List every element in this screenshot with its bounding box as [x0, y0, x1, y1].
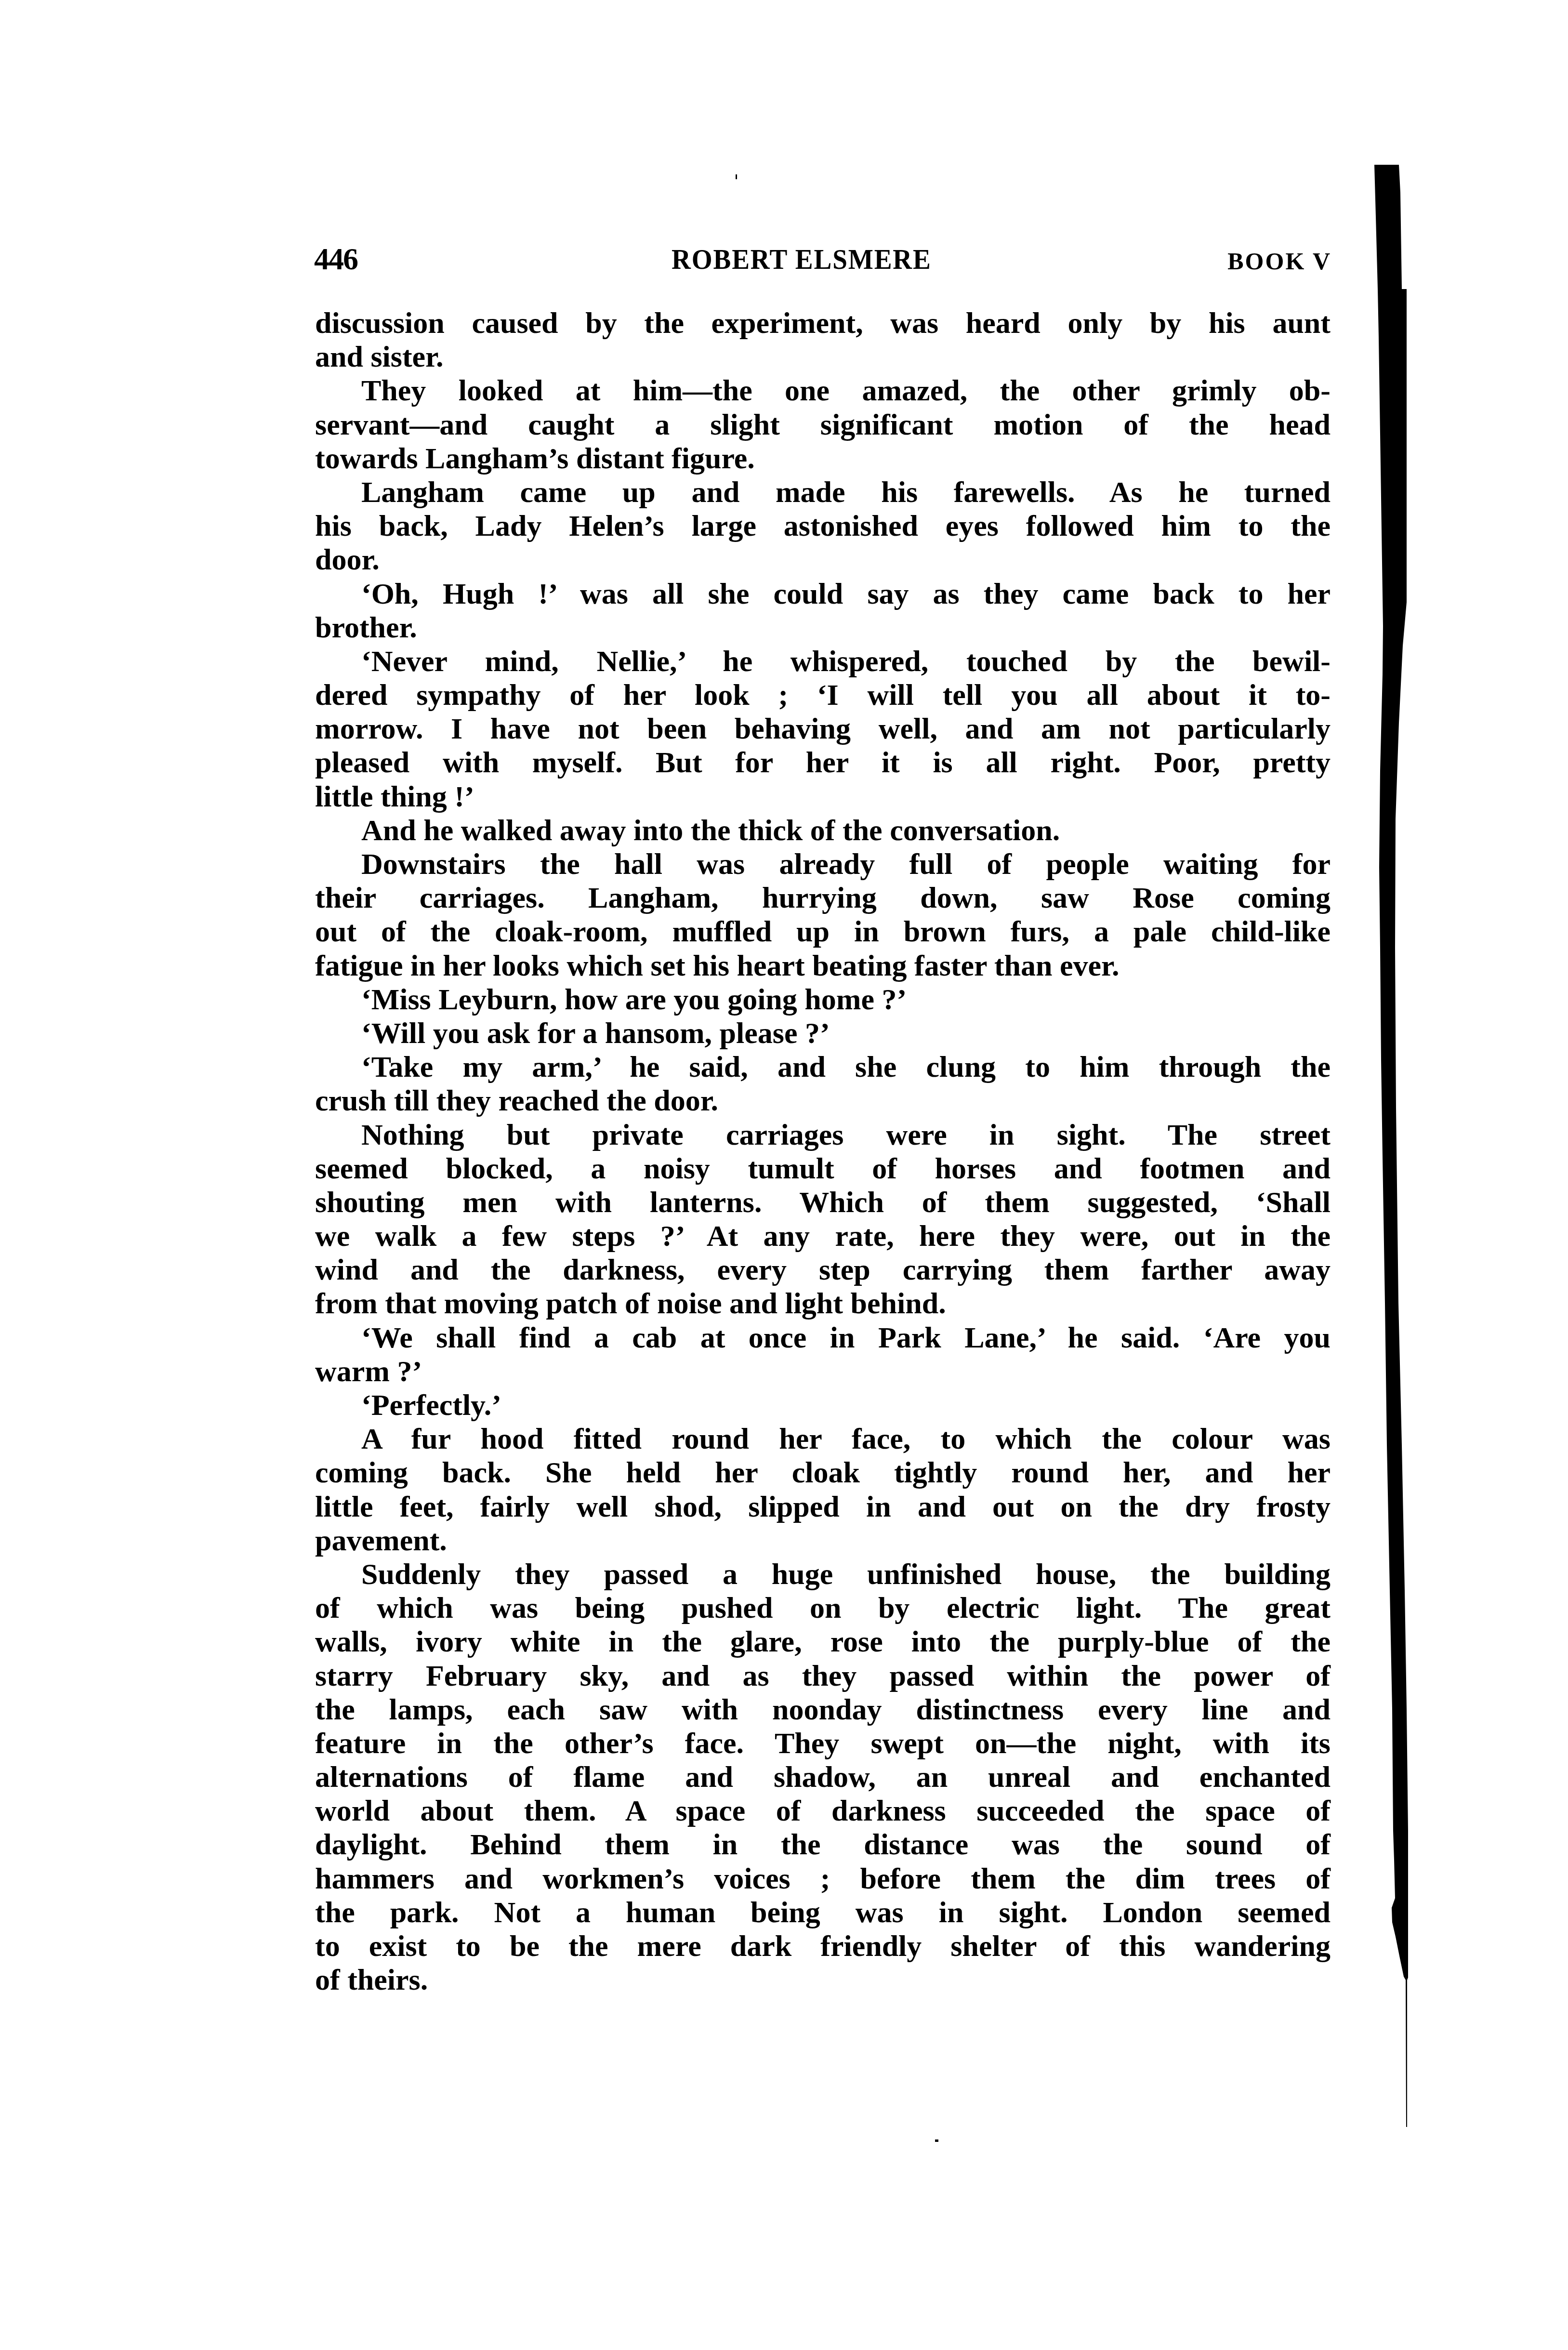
text-line: his back, Lady Helen’s large astonished … [315, 509, 1331, 543]
text-line: little thing !’ [315, 780, 1331, 814]
text-line: discussion caused by the experiment, was… [315, 306, 1331, 340]
text-line: servant—and caught a slight significant … [315, 408, 1331, 442]
text-line: daylight. Behind them in the distance wa… [315, 1828, 1331, 1862]
text-line: Langham came up and made his farewells. … [315, 475, 1331, 509]
text-line: walls, ivory white in the glare, rose in… [315, 1625, 1331, 1659]
text-line: pleased with myself. But for her it is a… [315, 746, 1331, 779]
text-line: pavement. [315, 1524, 1331, 1558]
text-line: their carriages. Langham, hurrying down,… [315, 881, 1331, 915]
text-line: warm ?’ [315, 1355, 1331, 1388]
text-line: They looked at him—the one amazed, the o… [315, 374, 1331, 408]
book-page: 446 ROBERT ELSMERE BOOK V discussion cau… [0, 0, 1568, 2350]
text-line: ‘Perfectly.’ [315, 1388, 1331, 1422]
text-line: towards Langham’s distant figure. [315, 442, 1331, 475]
text-line: Downstairs the hall was already full of … [315, 847, 1331, 881]
text-line: starry February sky, and as they passed … [315, 1659, 1331, 1693]
text-line: wind and the darkness, every step carryi… [315, 1253, 1331, 1287]
text-line: shouting men with lanterns. Which of the… [315, 1186, 1331, 1219]
body-text: discussion caused by the experiment, was… [315, 306, 1331, 1997]
text-line: and sister. [315, 340, 1331, 374]
text-line: feature in the other’s face. They swept … [315, 1727, 1331, 1760]
text-line: ‘Miss Leyburn, how are you going home ?’ [315, 983, 1331, 1017]
text-line: hammers and workmen’s voices ; before th… [315, 1862, 1331, 1896]
binding-shadow-bar [1368, 159, 1416, 2134]
text-line: coming back. She held her cloak tightly … [315, 1456, 1331, 1490]
text-line: dered sympathy of her look ; ‘I will tel… [315, 678, 1331, 712]
text-line: Suddenly they passed a huge unfinished h… [315, 1558, 1331, 1591]
text-line: morrow. I have not been behaving well, a… [315, 712, 1331, 746]
text-line: we walk a few steps ?’ At any rate, here… [315, 1219, 1331, 1253]
text-line: brother. [315, 611, 1331, 645]
text-line: ‘We shall find a cab at once in Park Lan… [315, 1321, 1331, 1355]
text-line: ‘Take my arm,’ he said, and she clung to… [315, 1050, 1331, 1084]
text-line: of which was being pushed on by electric… [315, 1591, 1331, 1625]
text-line: the lamps, each saw with noonday distinc… [315, 1693, 1331, 1727]
text-line: out of the cloak-room, muffled up in bro… [315, 915, 1331, 949]
text-line: ‘Oh, Hugh !’ was all she could say as th… [315, 577, 1331, 611]
text-line: the park. Not a human being was in sight… [315, 1896, 1331, 1929]
text-line: to exist to be the mere dark friendly sh… [315, 1929, 1331, 1963]
text-line: Nothing but private carriages were in si… [315, 1118, 1331, 1152]
text-line: alternations of flame and shadow, an unr… [315, 1760, 1331, 1794]
text-line: seemed blocked, a noisy tumult of horses… [315, 1152, 1331, 1186]
text-line: from that moving patch of noise and ligh… [315, 1287, 1331, 1320]
text-line: A fur hood fitted round her face, to whi… [315, 1422, 1331, 1456]
text-line: crush till they reached the door. [315, 1084, 1331, 1118]
text-line: ‘Never mind, Nellie,’ he whispered, touc… [315, 645, 1331, 678]
scan-speck-top [736, 174, 737, 179]
book-title: ROBERT ELSMERE [672, 244, 932, 275]
section-label: BOOK V [1227, 247, 1331, 276]
text-line: ‘Will you ask for a hansom, please ?’ [315, 1017, 1331, 1050]
text-line: world about them. A space of darkness su… [315, 1794, 1331, 1828]
text-line: And he walked away into the thick of the… [315, 814, 1331, 847]
text-line: little feet, fairly well shod, slipped i… [315, 1490, 1331, 1524]
text-line: of theirs. [315, 1963, 1331, 1997]
page-number: 446 [314, 244, 357, 275]
text-line: fatigue in her looks which set his heart… [315, 949, 1331, 983]
scan-speck-bottom [935, 2139, 938, 2142]
running-head: 446 ROBERT ELSMERE BOOK V [314, 244, 1331, 275]
text-line: door. [315, 543, 1331, 577]
